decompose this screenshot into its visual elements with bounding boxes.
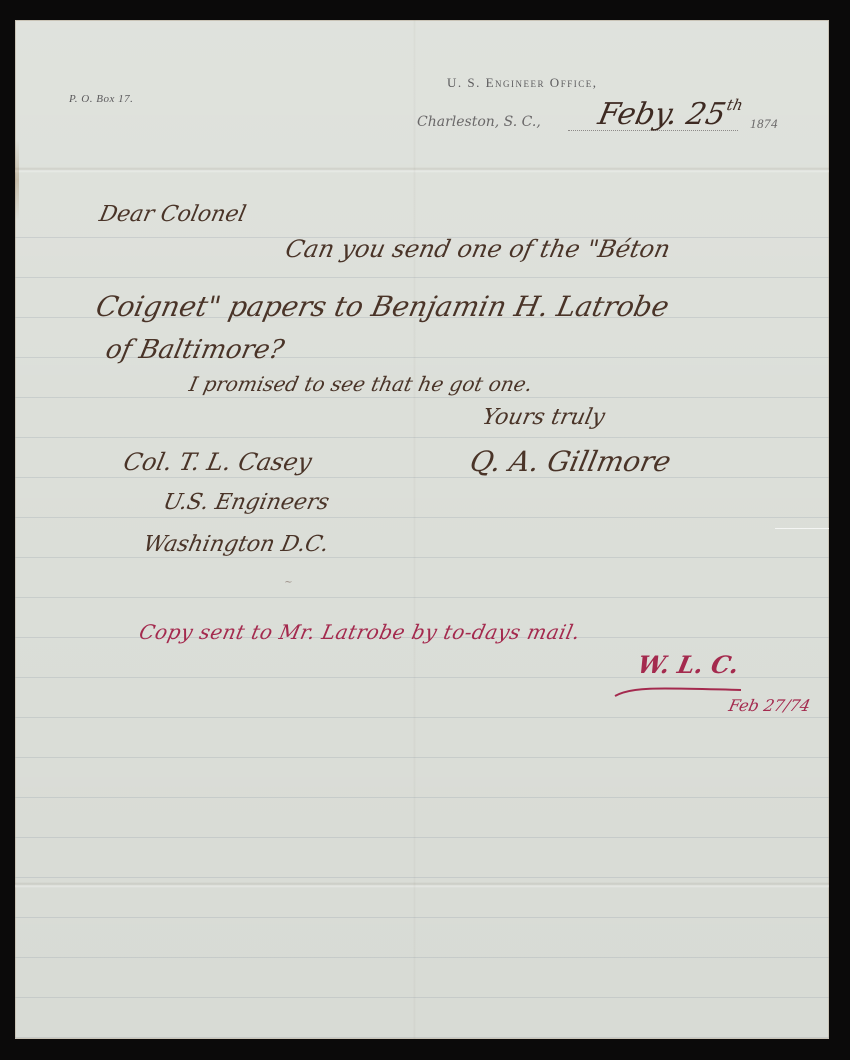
fold-line-bottom xyxy=(15,882,829,888)
annotation-initials: W. L. C. xyxy=(635,650,742,679)
salutation: Dear Colonel xyxy=(97,202,248,227)
edge-stain xyxy=(15,140,19,220)
date-suffix: th xyxy=(725,96,745,114)
body-line-2: Coignet" papers to Benjamin H. Latrobe xyxy=(93,290,672,323)
recipient-name: Col. T. L. Casey xyxy=(121,448,314,476)
edge-crease xyxy=(775,528,829,529)
letter-paper: P. O. Box 17. U. S. Engineer Office, Cha… xyxy=(15,20,829,1039)
body-line-3: of Baltimore? xyxy=(103,335,287,365)
ruled-lines xyxy=(15,198,829,1039)
annotation-date: Feb 27/74 xyxy=(727,696,812,715)
recipient-title: U.S. Engineers xyxy=(161,490,331,515)
letterhead-office: U. S. Engineer Office, xyxy=(447,75,597,91)
letterhead-year: 1874 xyxy=(750,116,778,132)
valediction: Yours truly xyxy=(480,405,607,430)
letterhead-place: Charleston, S. C., xyxy=(417,114,541,130)
annotation-note: Copy sent to Mr. Latrobe by to-days mail… xyxy=(137,620,583,644)
date-month-day: Feby. 25 xyxy=(595,97,729,132)
body-line-4: I promised to see that he got one. xyxy=(187,372,535,396)
fold-line-top xyxy=(15,167,829,173)
recipient-location: Washington D.C. xyxy=(141,532,331,557)
flourish-underline-icon xyxy=(613,684,743,698)
handwritten-date: Feby. 25th xyxy=(595,96,745,132)
body-line-1: Can you send one of the "Béton xyxy=(283,235,673,263)
letterhead-po-box: P. O. Box 17. xyxy=(69,93,133,105)
fold-line-vertical xyxy=(413,20,416,1039)
signature: Q. A. Gillmore xyxy=(467,445,674,478)
